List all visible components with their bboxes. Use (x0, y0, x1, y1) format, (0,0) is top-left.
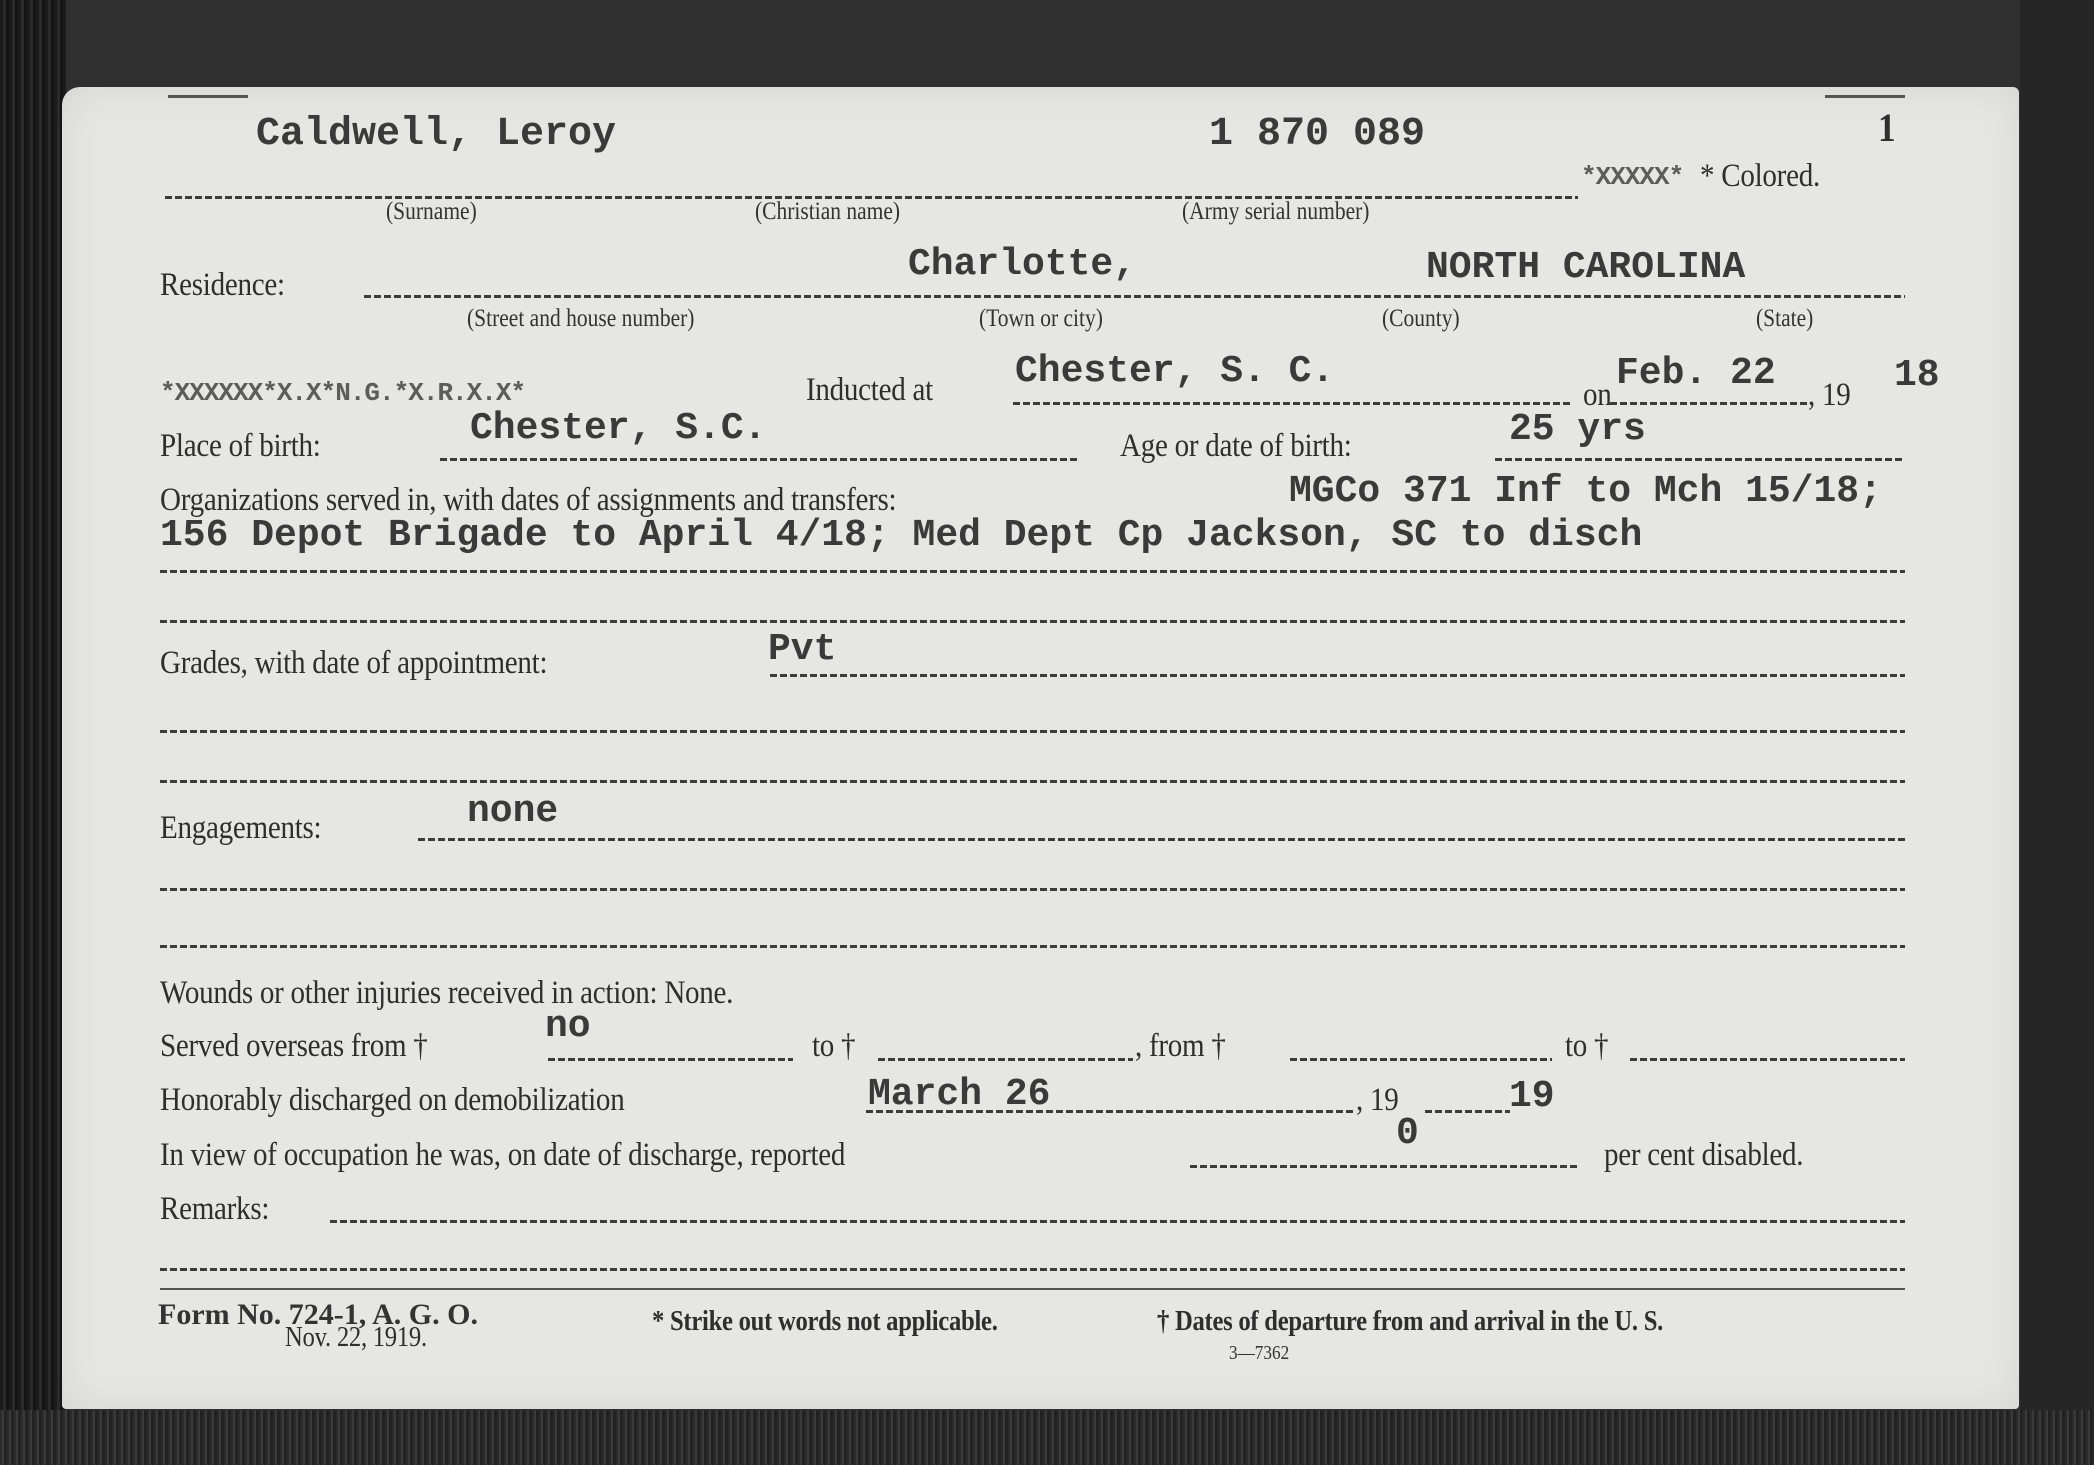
remarks-line-1 (330, 1220, 1905, 1223)
top-right-mark (1825, 95, 1905, 98)
engagements-line-3 (160, 945, 1905, 948)
remarks-label: Remarks: (160, 1191, 269, 1228)
overseas-from2-line (1290, 1058, 1552, 1061)
street-label: (Street and house number) (467, 305, 694, 333)
overseas-to-label: to † (812, 1028, 855, 1065)
honorably-discharged-label: Honorably discharged on demobilization (160, 1082, 624, 1119)
overseas-to2-label: to † (1565, 1028, 1608, 1065)
discharge-date-line (866, 1110, 1356, 1113)
per-cent-disabled-label: per cent disabled. (1604, 1137, 1803, 1174)
engagements-label: Engagements: (160, 810, 321, 847)
grades-label: Grades, with date of appointment: (160, 645, 547, 682)
scanner-background-left (0, 0, 66, 1465)
wounds-label: Wounds or other injuries received in act… (160, 975, 733, 1012)
grades-line-2 (160, 730, 1905, 733)
age-value: 25 yrs (1509, 408, 1646, 451)
footer-rule (160, 1288, 1905, 1290)
enlistment-type-struck: *XXXXXX*X.X*N.G.*X.R.X.X* (160, 378, 525, 408)
organizations-line-2 (160, 570, 1905, 573)
inducted-year-value: 18 (1894, 354, 1940, 397)
engagements-value: none (467, 790, 558, 833)
inducted-place-line (1013, 402, 1573, 405)
form-date: Nov. 22, 1919. (285, 1322, 427, 1354)
grade-value: Pvt (768, 628, 836, 671)
engagements-line-2 (160, 888, 1905, 891)
grades-line-1 (770, 674, 1905, 677)
grades-line-3 (160, 780, 1905, 783)
engagements-line-1 (418, 838, 1905, 841)
scanner-background-bottom (0, 1410, 2094, 1465)
overseas-value: no (545, 1005, 591, 1048)
state-label: (State) (1756, 305, 1813, 333)
army-serial-number-value: 1 870 089 (1209, 112, 1425, 157)
inducted-date-line (1610, 402, 1810, 405)
county-label: (County) (1382, 305, 1460, 333)
christian-name-label: (Christian name) (755, 198, 900, 226)
overseas-to2-line (1630, 1058, 1905, 1061)
overseas-from-line (548, 1058, 793, 1061)
discharge-year-prefix: , 19 (1356, 1082, 1399, 1119)
inducted-place-value: Chester, S. C. (1015, 350, 1334, 393)
organizations-line-3 (160, 620, 1905, 623)
race-white-struck: *XXXXX* (1581, 162, 1683, 192)
year-prefix-label: , 19 (1808, 377, 1851, 414)
age-line (1495, 458, 1905, 461)
surname-christian-name-value: Caldwell, Leroy (256, 112, 616, 157)
discharge-year-value: 19 (1509, 1075, 1555, 1118)
army-serial-label: (Army serial number) (1182, 198, 1369, 226)
card-number: 1 (1878, 104, 1895, 151)
overseas-to-line (878, 1058, 1133, 1061)
town-label: (Town or city) (979, 305, 1103, 333)
top-left-mark (168, 95, 248, 98)
race-colored-label: * Colored. (1700, 158, 1820, 195)
discharge-year-line (1425, 1110, 1510, 1113)
birth-place-value: Chester, S.C. (470, 407, 766, 450)
remarks-line-2 (160, 1268, 1905, 1271)
dagger-note: † Dates of departure from and arrival in… (1157, 1306, 1663, 1338)
residence-town-value: Charlotte, (908, 243, 1136, 286)
served-overseas-label: Served overseas from † (160, 1028, 428, 1065)
print-code: 3—7362 (1229, 1342, 1289, 1365)
inducted-at-label: Inducted at (806, 372, 933, 409)
scanner-background-right (2020, 0, 2094, 1465)
strike-out-note: * Strike out words not applicable. (652, 1306, 998, 1338)
in-view-label: In view of occupation he was, on date of… (160, 1137, 845, 1174)
disabled-percent-line (1190, 1165, 1580, 1168)
organizations-line1-value: MGCo 371 Inf to Mch 15/18; (1289, 470, 1882, 513)
residence-label: Residence: (160, 267, 285, 304)
inducted-date-value: Feb. 22 (1616, 352, 1776, 395)
age-label: Age or date of birth: (1120, 428, 1352, 465)
place-of-birth-label: Place of birth: (160, 428, 321, 465)
surname-label: (Surname) (386, 198, 477, 226)
organizations-line2-value: 156 Depot Brigade to April 4/18; Med Dep… (160, 514, 1642, 557)
disabled-percent-value: 0 (1396, 1112, 1419, 1155)
birth-place-line (440, 458, 1080, 461)
residence-line (364, 295, 1905, 298)
residence-state-value: NORTH CAROLINA (1426, 246, 1745, 289)
overseas-from2-label: , from † (1135, 1028, 1226, 1065)
